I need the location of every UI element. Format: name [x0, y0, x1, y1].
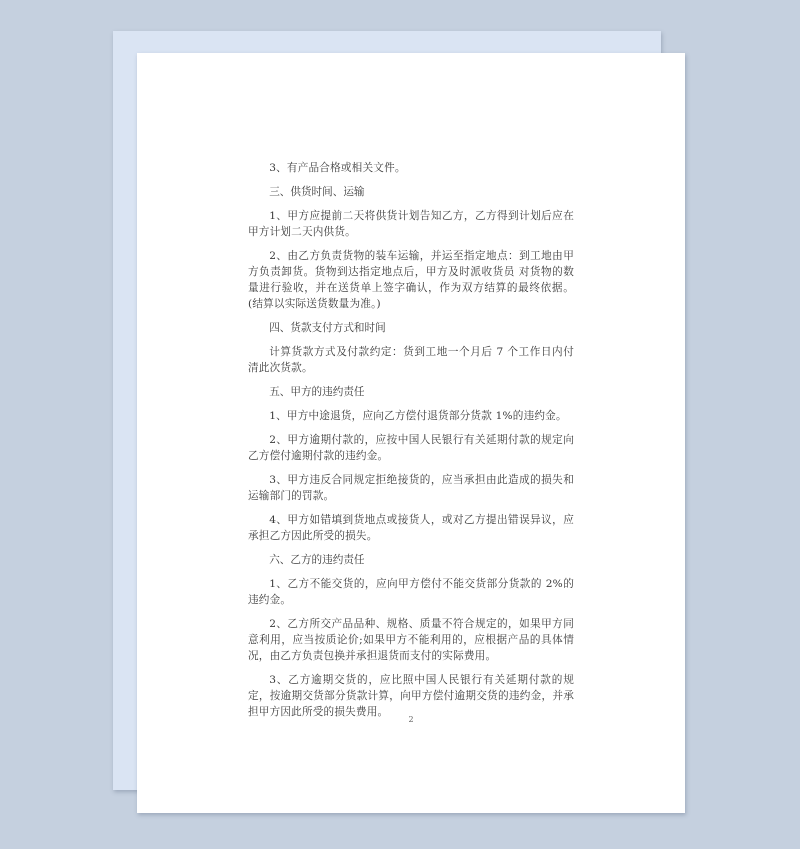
section-heading-party-b-liability: 六、乙方的违约责任: [248, 552, 574, 568]
paragraph-quality-docs: 3、有产品合格或相关文件。: [248, 160, 574, 176]
paragraph-a-return: 1、甲方中途退货，应向乙方偿付退货部分货款 1%的违约金。: [248, 408, 574, 424]
paragraph-b-late-delivery: 3、乙方逾期交货的，应比照中国人民银行有关延期付款的规定，按逾期交货部分货款计算…: [248, 672, 574, 720]
paragraph-delivery-plan: 1、甲方应提前二天将供货计划告知乙方，乙方得到计划后应在甲方计划二天内供货。: [248, 208, 574, 240]
paragraph-transport: 2、由乙方负责货物的装车运输，并运至指定地点：到工地由甲方负责卸货。货物到达指定…: [248, 248, 574, 312]
document-page: 3、有产品合格或相关文件。 三、供货时间、运输 1、甲方应提前二天将供货计划告知…: [137, 53, 685, 813]
paragraph-payment-terms: 计算货款方式及付款约定：货到工地一个月后 7 个工作日内付清此次货款。: [248, 344, 574, 376]
paragraph-a-refuse-delivery: 3、甲方违反合同规定拒绝接货的，应当承担由此造成的损失和运输部门的罚款。: [248, 472, 574, 504]
paragraph-b-quality: 2、乙方所交产品品种、规格、质量不符合规定的，如果甲方同意利用，应当按质论价;如…: [248, 616, 574, 664]
paragraph-a-late-payment: 2、甲方逾期付款的，应按中国人民银行有关延期付款的规定向乙方偿付逾期付款的违约金…: [248, 432, 574, 464]
page-content: 3、有产品合格或相关文件。 三、供货时间、运输 1、甲方应提前二天将供货计划告知…: [248, 160, 574, 728]
section-heading-payment: 四、货款支付方式和时间: [248, 320, 574, 336]
paragraph-a-wrong-address: 4、甲方如错填到货地点或接货人，或对乙方提出错误异议，应承担乙方因此所受的损失。: [248, 512, 574, 544]
page-number: 2: [137, 715, 685, 724]
section-heading-party-a-liability: 五、甲方的违约责任: [248, 384, 574, 400]
paragraph-b-no-delivery: 1、乙方不能交货的，应向甲方偿付不能交货部分货款的 2%的违约金。: [248, 576, 574, 608]
section-heading-delivery: 三、供货时间、运输: [248, 184, 574, 200]
